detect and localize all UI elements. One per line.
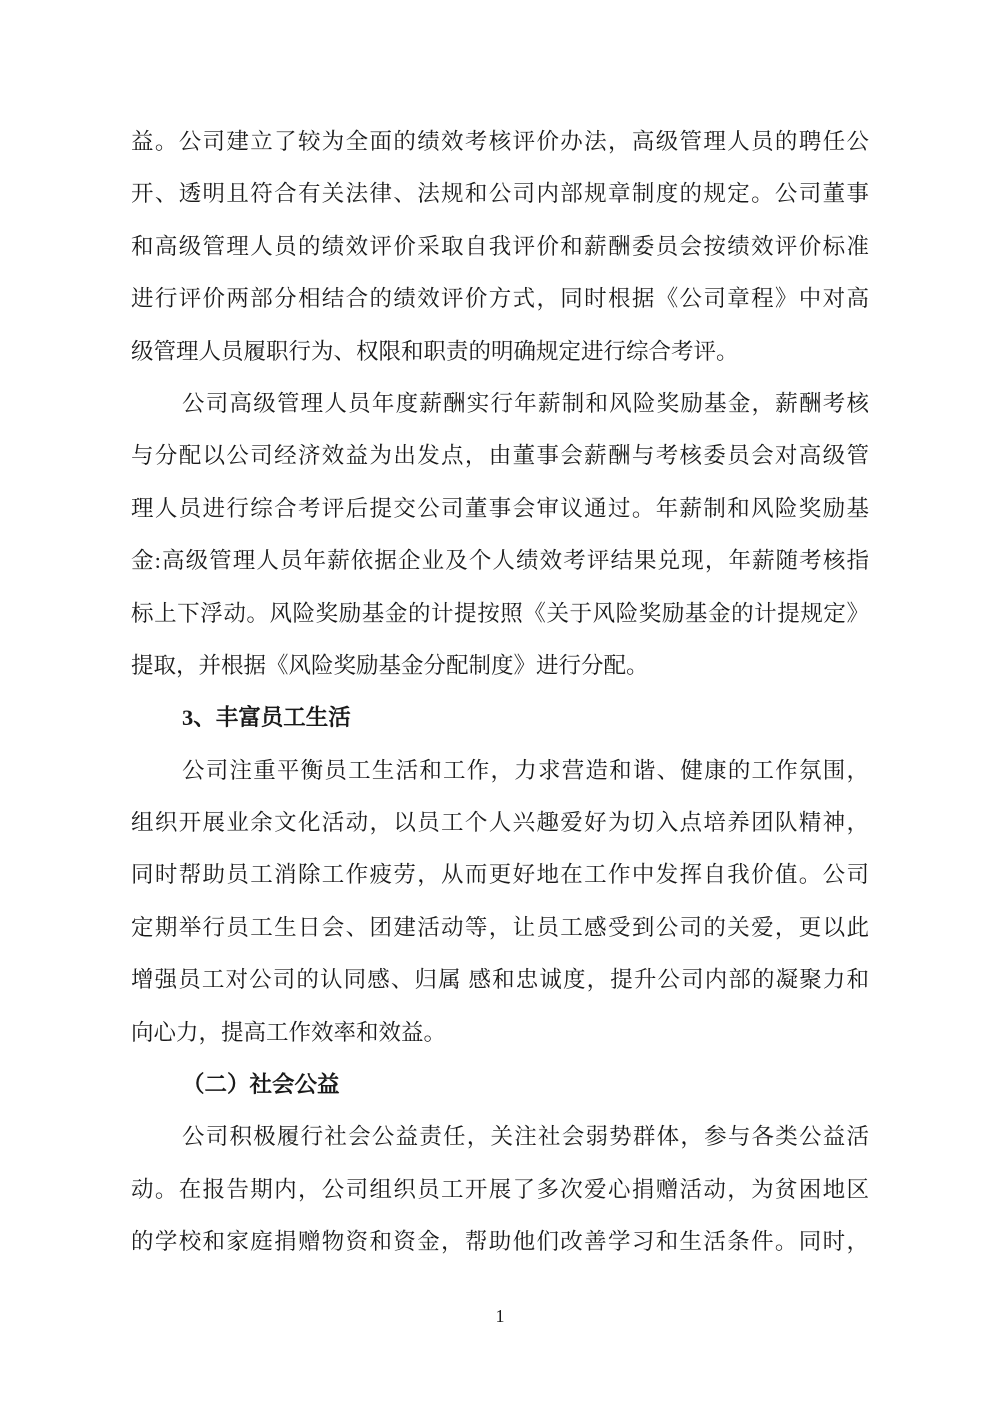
text-line: 组织开展业余文化活动，以员工个人兴趣爱好为切入点培养团队精神，: [131, 797, 869, 849]
text-line: 级管理人员履职行为、权限和职责的明确规定进行综合考评。: [131, 326, 869, 378]
text-line: 提取，并根据《风险奖励基金分配制度》进行分配。: [131, 640, 869, 692]
text-line: 向心力，提高工作效率和效益。: [131, 1007, 869, 1059]
section-heading: 3、丰富员工生活: [131, 692, 869, 744]
text-line: 开、透明且符合有关法律、法规和公司内部规章制度的规定。公司董事: [131, 168, 869, 220]
text-line: 增强员工对公司的认同感、归属 感和忠诚度，提升公司内部的凝聚力和: [131, 954, 869, 1006]
document-body: 益。公司建立了较为全面的绩效考核评价办法，高级管理人员的聘任公开、透明且符合有关…: [131, 116, 869, 1269]
text-line: 标上下浮动。风险奖励基金的计提按照《关于风险奖励基金的计提规定》: [131, 588, 869, 640]
text-line: 金:高级管理人员年薪依据企业及个人绩效考评结果兑现，年薪随考核指: [131, 535, 869, 587]
text-line: 动。在报告期内，公司组织员工开展了多次爱心捐赠活动，为贫困地区: [131, 1164, 869, 1216]
text-line: 公司高级管理人员年度薪酬实行年薪制和风险奖励基金，薪酬考核: [131, 378, 869, 430]
text-line: 进行评价两部分相结合的绩效评价方式，同时根据《公司章程》中对高: [131, 273, 869, 325]
text-line: 和高级管理人员的绩效评价采取自我评价和薪酬委员会按绩效评价标准: [131, 221, 869, 273]
text-line: 理人员进行综合考评后提交公司董事会审议通过。年薪制和风险奖励基: [131, 483, 869, 535]
text-line: 与分配以公司经济效益为出发点，由董事会薪酬与考核委员会对高级管: [131, 430, 869, 482]
text-line: 同时帮助员工消除工作疲劳，从而更好地在工作中发挥自我价值。公司: [131, 849, 869, 901]
text-line: 的学校和家庭捐赠物资和资金，帮助他们改善学习和生活条件。同时，: [131, 1216, 869, 1268]
text-line: 公司积极履行社会公益责任，关注社会弱势群体，参与各类公益活: [131, 1111, 869, 1163]
text-line: 定期举行员工生日会、团建活动等，让员工感受到公司的关爱，更以此: [131, 902, 869, 954]
text-line: 益。公司建立了较为全面的绩效考核评价办法，高级管理人员的聘任公: [131, 116, 869, 168]
page-number: 1: [0, 1303, 1000, 1329]
document-page: 益。公司建立了较为全面的绩效考核评价办法，高级管理人员的聘任公开、透明且符合有关…: [0, 0, 1000, 1415]
section-heading: （二）社会公益: [131, 1059, 869, 1111]
text-line: 公司注重平衡员工生活和工作，力求营造和谐、健康的工作氛围，: [131, 745, 869, 797]
